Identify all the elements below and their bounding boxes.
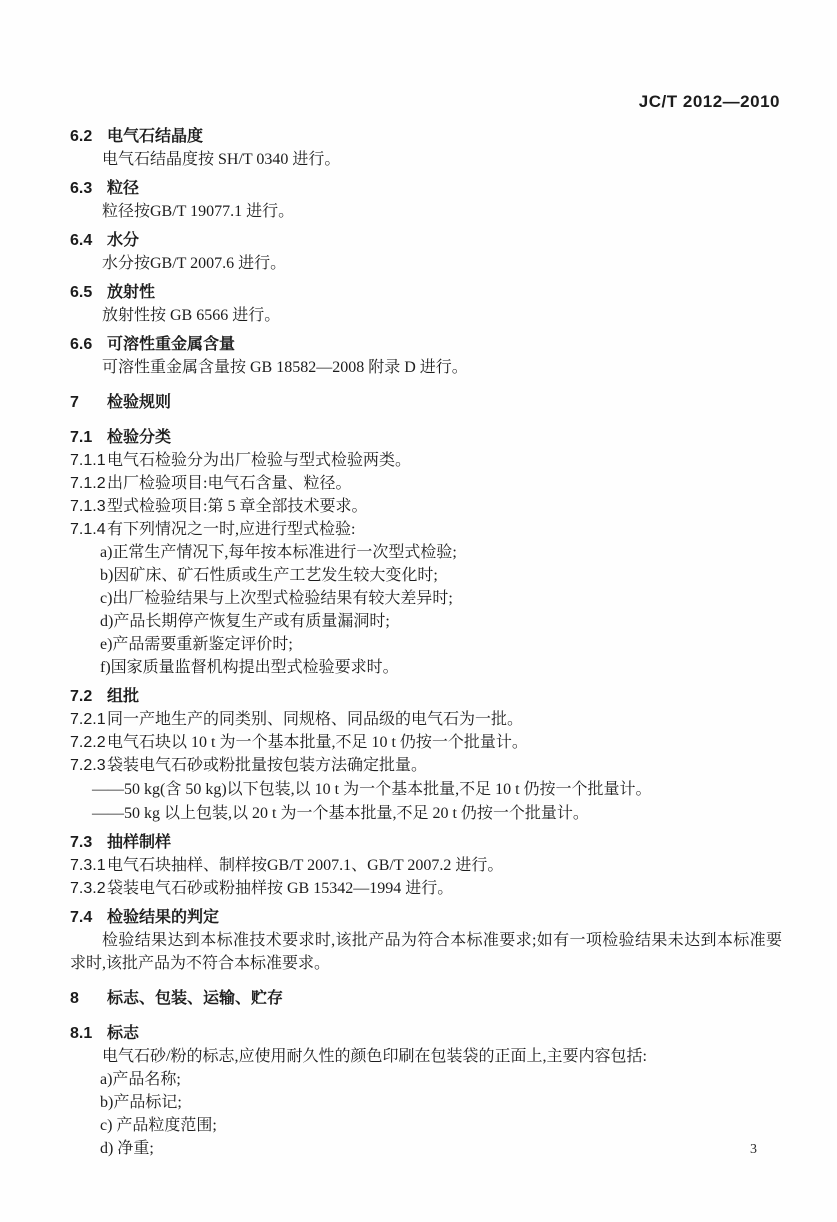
list-item: a)产品名称;: [70, 1068, 782, 1091]
chapter-heading-text: 检验规则: [107, 394, 171, 411]
section-heading-text: 抽样制样: [107, 834, 171, 851]
list-item: b)产品标记;: [70, 1091, 782, 1114]
clause: 7.1.2出厂检验项目:电气石含量、粒径。: [70, 472, 782, 495]
chapter-heading-number: 8: [70, 987, 107, 1010]
section-heading-text: 可溶性重金属含量: [107, 336, 235, 353]
page-number: 3: [750, 1142, 757, 1158]
paragraph: 粒径按GB/T 19077.1 进行。: [70, 200, 782, 223]
list-item: b)因矿床、矿石性质或生产工艺发生较大变化时;: [70, 564, 782, 587]
clause-number: 7.1.1: [70, 449, 107, 472]
section-heading: 6.6可溶性重金属含量: [70, 333, 782, 356]
clause-number: 7.2.1: [70, 708, 107, 731]
list-item: d) 净重;: [70, 1137, 782, 1160]
list-item: a)正常生产情况下,每年按本标准进行一次型式检验;: [70, 541, 782, 564]
dash-item: ——50 kg(含 50 kg)以下包装,以 10 t 为一个基本批量,不足 1…: [70, 778, 782, 801]
section-heading-number: 6.6: [70, 333, 107, 356]
paragraph: 可溶性重金属含量按 GB 18582—2008 附录 D 进行。: [70, 356, 782, 379]
clause: 7.1.3型式检验项目:第 5 章全部技术要求。: [70, 495, 782, 518]
clause-number: 7.1.4: [70, 518, 107, 541]
clause: 7.3.2袋装电气石砂或粉抽样按 GB 15342—1994 进行。: [70, 877, 782, 900]
section-heading: 7.3抽样制样: [70, 831, 782, 854]
clause-number: 7.3.2: [70, 877, 107, 900]
chapter-heading: 7检验规则: [70, 391, 782, 414]
clause-number: 7.2.2: [70, 731, 107, 754]
section-heading-text: 电气石结晶度: [107, 128, 203, 145]
paragraph: 电气石砂/粉的标志,应使用耐久性的颜色印刷在包装袋的正面上,主要内容包括:: [70, 1045, 782, 1068]
chapter-heading-number: 7: [70, 391, 107, 414]
section-heading: 6.5放射性: [70, 281, 782, 304]
section-heading-text: 检验结果的判定: [107, 909, 219, 926]
section-heading-number: 7.3: [70, 831, 107, 854]
section-heading-text: 粒径: [107, 180, 139, 197]
clause: 7.1.4有下列情况之一时,应进行型式检验:: [70, 518, 782, 541]
list-item: e)产品需要重新鉴定评价时;: [70, 633, 782, 656]
clause: 7.2.3袋装电气石砂或粉批量按包装方法确定批量。: [70, 754, 782, 777]
clause-text: 袋装电气石砂或粉批量按包装方法确定批量。: [107, 757, 427, 774]
clause-number: 7.1.2: [70, 472, 107, 495]
standard-number-header: JC/T 2012—2010: [639, 92, 780, 112]
paragraph: 检验结果达到本标准技术要求时,该批产品为符合本标准要求;如有一项检验结果未达到本…: [70, 929, 782, 975]
section-heading: 6.3粒径: [70, 177, 782, 200]
clause-number: 7.2.3: [70, 754, 107, 777]
paragraph: 放射性按 GB 6566 进行。: [70, 304, 782, 327]
section-heading: 7.1检验分类: [70, 426, 782, 449]
list-item: c) 产品粒度范围;: [70, 1114, 782, 1137]
clause-text: 型式检验项目:第 5 章全部技术要求。: [107, 498, 367, 515]
list-item: c)出厂检验结果与上次型式检验结果有较大差异时;: [70, 587, 782, 610]
clause: 7.3.1电气石块抽样、制样按GB/T 2007.1、GB/T 2007.2 进…: [70, 854, 782, 877]
section-heading-number: 8.1: [70, 1022, 107, 1045]
section-heading: 7.4检验结果的判定: [70, 906, 782, 929]
section-heading-number: 6.2: [70, 125, 107, 148]
clause: 7.1.1电气石检验分为出厂检验与型式检验两类。: [70, 449, 782, 472]
paragraph: 电气石结晶度按 SH/T 0340 进行。: [70, 148, 782, 171]
section-heading: 8.1标志: [70, 1022, 782, 1045]
clause: 7.2.1同一产地生产的同类别、同规格、同品级的电气石为一批。: [70, 708, 782, 731]
section-heading-number: 6.5: [70, 281, 107, 304]
paragraph: 水分按GB/T 2007.6 进行。: [70, 252, 782, 275]
clause-text: 袋装电气石砂或粉抽样按 GB 15342—1994 进行。: [107, 880, 453, 897]
section-heading-number: 6.3: [70, 177, 107, 200]
clause-number: 7.3.1: [70, 854, 107, 877]
chapter-heading: 8标志、包装、运输、贮存: [70, 987, 782, 1010]
section-heading-text: 标志: [107, 1025, 139, 1042]
document-page: JC/T 2012—2010 6.2电气石结晶度电气石结晶度按 SH/T 034…: [0, 0, 837, 1222]
clause-number: 7.1.3: [70, 495, 107, 518]
clause-text: 出厂检验项目:电气石含量、粒径。: [107, 475, 351, 492]
section-heading-text: 检验分类: [107, 429, 171, 446]
list-item: d)产品长期停产恢复生产或有质量漏洞时;: [70, 610, 782, 633]
clause-text: 电气石检验分为出厂检验与型式检验两类。: [107, 452, 411, 469]
section-heading: 6.4水分: [70, 229, 782, 252]
section-heading-text: 放射性: [107, 284, 155, 301]
clause-text: 同一产地生产的同类别、同规格、同品级的电气石为一批。: [107, 711, 523, 728]
section-heading-text: 水分: [107, 232, 139, 249]
clause: 7.2.2电气石块以 10 t 为一个基本批量,不足 10 t 仍按一个批量计。: [70, 731, 782, 754]
section-heading-number: 7.1: [70, 426, 107, 449]
list-item: f)国家质量监督机构提出型式检验要求时。: [70, 656, 782, 679]
document-body: 6.2电气石结晶度电气石结晶度按 SH/T 0340 进行。6.3粒径粒径按GB…: [70, 119, 782, 1160]
chapter-heading-text: 标志、包装、运输、贮存: [107, 990, 283, 1007]
section-heading-text: 组批: [107, 688, 139, 705]
section-heading-number: 7.4: [70, 906, 107, 929]
dash-item: ——50 kg 以上包装,以 20 t 为一个基本批量,不足 20 t 仍按一个…: [70, 802, 782, 825]
section-heading: 7.2组批: [70, 685, 782, 708]
clause-text: 有下列情况之一时,应进行型式检验:: [107, 521, 355, 538]
section-heading-number: 6.4: [70, 229, 107, 252]
section-heading: 6.2电气石结晶度: [70, 125, 782, 148]
clause-text: 电气石块以 10 t 为一个基本批量,不足 10 t 仍按一个批量计。: [107, 734, 528, 751]
section-heading-number: 7.2: [70, 685, 107, 708]
clause-text: 电气石块抽样、制样按GB/T 2007.1、GB/T 2007.2 进行。: [107, 857, 503, 874]
